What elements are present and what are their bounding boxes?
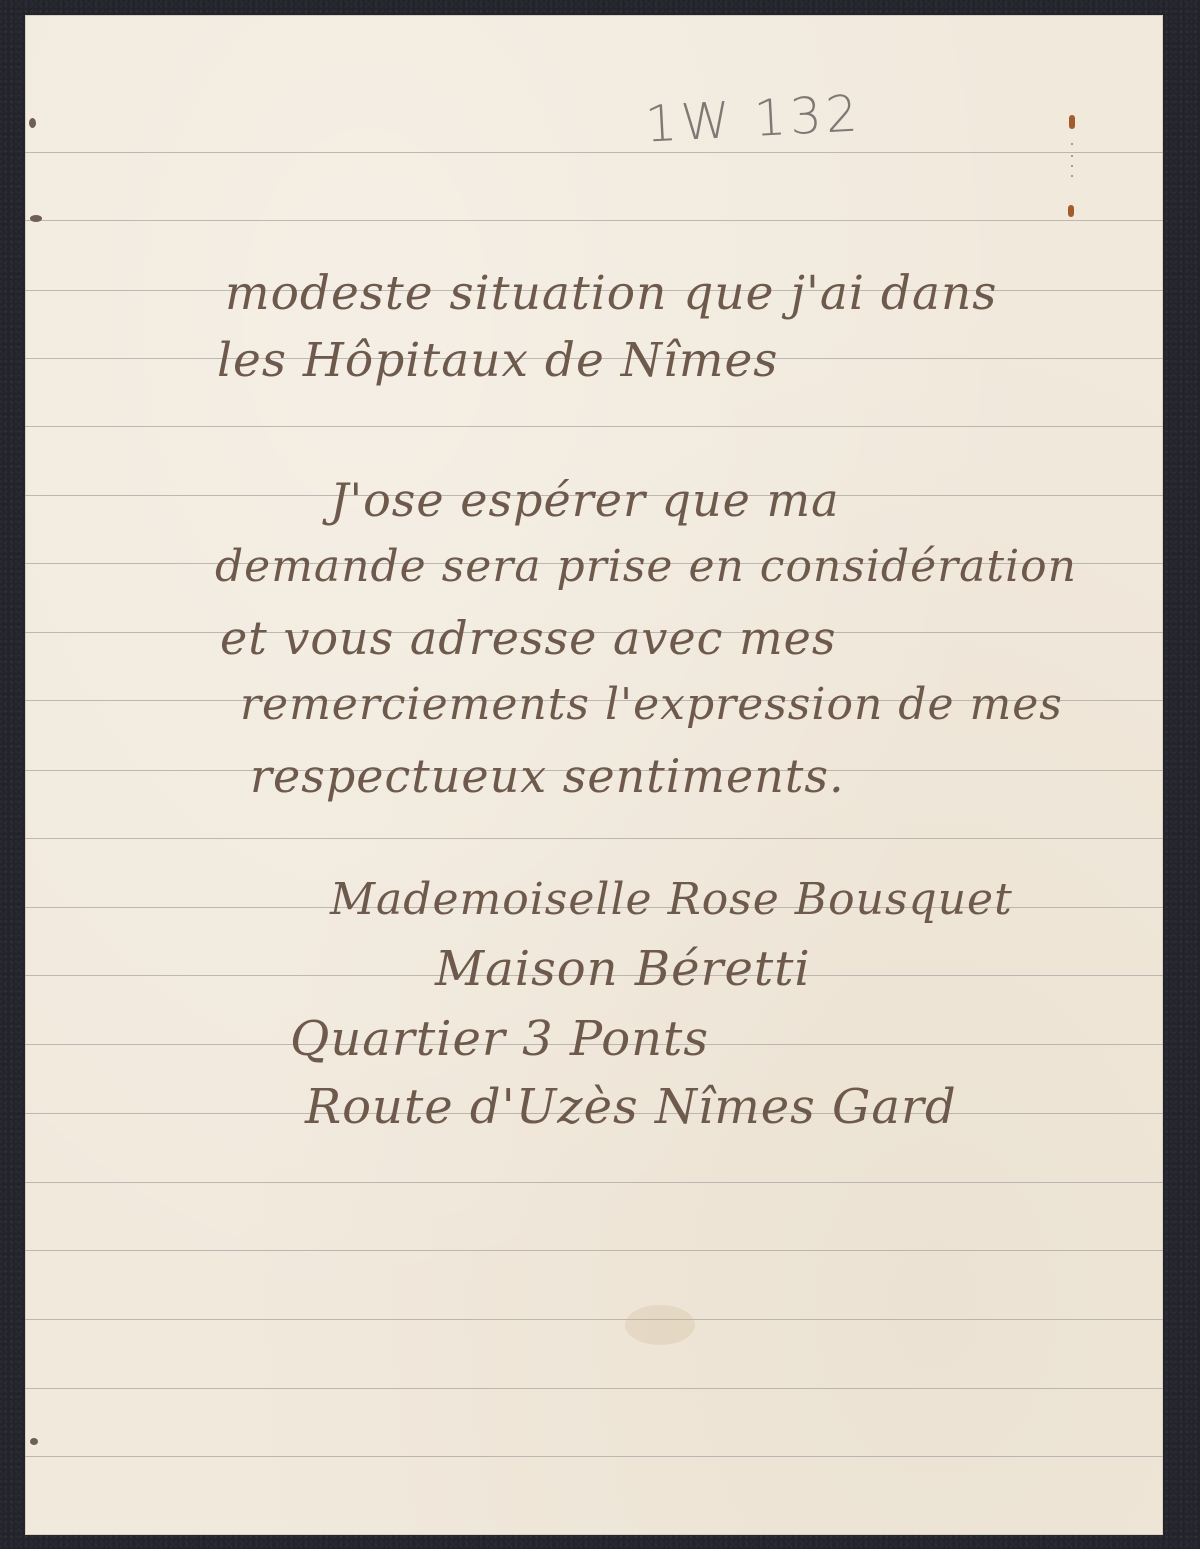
letter-line: les Hôpitaux de Nîmes — [217, 337, 778, 384]
ruled-line — [25, 1182, 1163, 1183]
signature-name: Mademoiselle Rose Bousquet — [330, 878, 1013, 922]
letter-page: 1W 132 modeste situation que j'ai dans l… — [25, 15, 1163, 1535]
ruled-line — [25, 1250, 1163, 1251]
letter-line: modeste situation que j'ai dans — [225, 270, 997, 317]
ink-blot — [29, 118, 36, 128]
letter-line: respectueux sentiments. — [250, 753, 845, 799]
ruled-line — [25, 1388, 1163, 1389]
staple-hole — [1069, 115, 1075, 129]
ruled-line — [25, 1319, 1163, 1320]
letter-line: demande sera prise en considération — [215, 545, 1077, 589]
ink-blot — [30, 1438, 38, 1445]
archive-reference: 1W 132 — [644, 84, 863, 153]
staple-dot — [1071, 155, 1073, 157]
ruled-line — [25, 838, 1163, 839]
staple-dot — [1071, 175, 1073, 177]
address-line: Route d'Uzès Nîmes Gard — [305, 1083, 957, 1131]
ruled-line — [25, 1456, 1163, 1457]
address-line: Quartier 3 Ponts — [290, 1015, 709, 1063]
ruled-line — [25, 426, 1163, 427]
ink-blot — [30, 215, 42, 222]
address-line: Maison Béretti — [435, 945, 811, 993]
letter-line: et vous adresse avec mes — [220, 615, 836, 661]
ruled-line — [25, 220, 1163, 221]
letter-line: remerciements l'expression de mes — [240, 683, 1063, 727]
letter-line: J'ose espérer que ma — [330, 477, 840, 523]
staple-dot — [1071, 143, 1073, 145]
staple-dot — [1071, 165, 1073, 167]
ruled-line — [25, 152, 1163, 153]
staple-hole — [1068, 205, 1074, 217]
paper-stain — [625, 1305, 695, 1345]
